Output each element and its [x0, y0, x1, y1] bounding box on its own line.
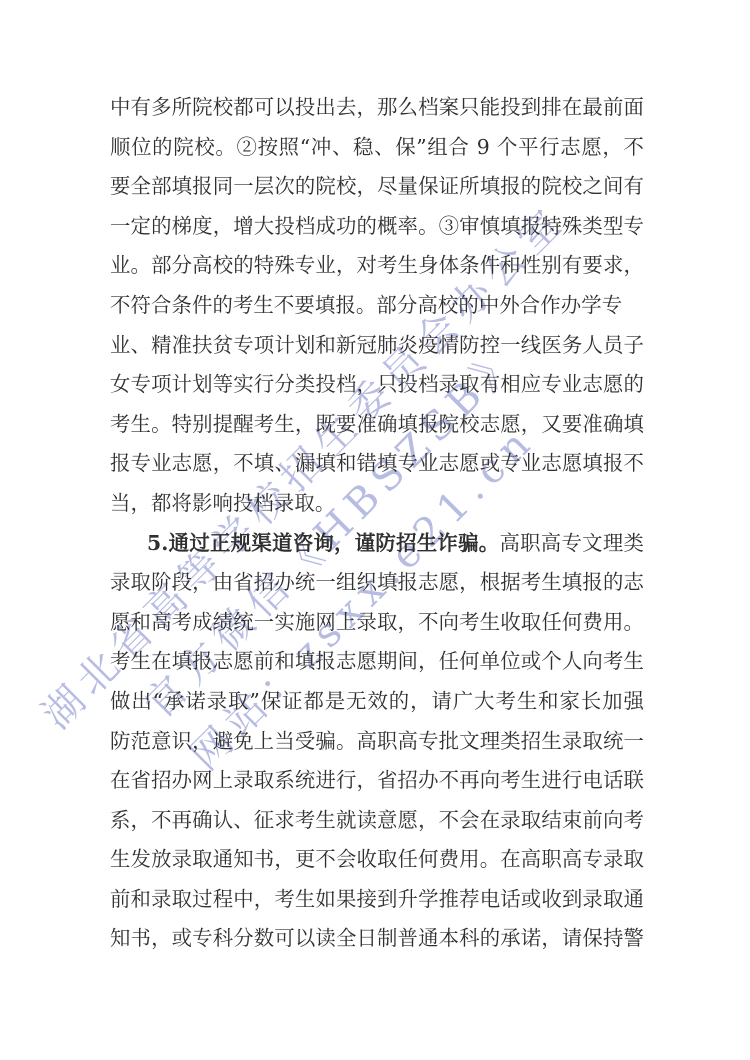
- item5-first-line-rest: 高职高专文理类: [499, 531, 644, 555]
- text-line: 做出“承诺录取”保证都是无效的，请广大考生和家长加强: [110, 682, 644, 722]
- text-line: 顺位的院校。②按照“冲、稳、保”组合 9 个平行志愿，不: [110, 128, 644, 168]
- text-line: 知书，或专科分数可以读全日制普通本科的承诺，请保持警: [110, 919, 644, 959]
- text-line: 录取阶段，由省招办统一组织填报志愿，根据考生填报的志: [110, 563, 644, 603]
- text-line: 考生在填报志愿前和填报志愿期间，任何单位或个人向考生: [110, 642, 644, 682]
- text-line: 要全部填报同一层次的院校，尽量保证所填报的院校之间有: [110, 167, 644, 207]
- text-line: 业、精准扶贫专项计划和新冠肺炎疫情防控一线医务人员子: [110, 326, 644, 366]
- text-line: 防范意识，避免上当受骗。高职高专批文理类招生录取统一: [110, 722, 644, 762]
- text-line: 前和录取过程中，考生如果接到升学推荐电话或收到录取通: [110, 880, 644, 920]
- text-line: 业。部分高校的特殊专业，对考生身体条件和性别有要求，: [110, 246, 644, 286]
- text-line: 不符合条件的考生不要填报。部分高校的中外合作办学专: [110, 286, 644, 326]
- text-line: 当，都将影响投档录取。: [110, 484, 644, 524]
- text-line: 在省招办网上录取系统进行，省招办不再向考生进行电话联: [110, 761, 644, 801]
- text-line: 报专业志愿，不填、漏填和错填专业志愿或专业志愿填报不: [110, 444, 644, 484]
- text-line: 系，不再确认、征求考生就读意愿，不会在录取结束前向考: [110, 801, 644, 841]
- document-body: 中有多所院校都可以投出去，那么档案只能投到排在最前面 顺位的院校。②按照“冲、稳…: [110, 88, 644, 959]
- text-line: 中有多所院校都可以投出去，那么档案只能投到排在最前面: [110, 88, 644, 128]
- item5-heading: 5.通过正规渠道咨询，谨防招生诈骗。: [147, 531, 499, 555]
- text-line-item5-start: 5.通过正规渠道咨询，谨防招生诈骗。高职高专文理类: [110, 524, 644, 564]
- text-line: 考生。特别提醒考生，既要准确填报院校志愿，又要准确填: [110, 405, 644, 445]
- text-line: 一定的梯度，增大投档成功的概率。③审慎填报特殊类型专: [110, 207, 644, 247]
- text-line: 生发放录取通知书，更不会收取任何费用。在高职高专录取: [110, 840, 644, 880]
- document-page: 湖北省高等学校招生委员会办公室 官方微信《HBSZSB》 网站：zsxx.e21…: [0, 0, 750, 1060]
- text-line: 女专项计划等实行分类投档，只投档录取有相应专业志愿的: [110, 365, 644, 405]
- text-line: 愿和高考成绩统一实施网上录取，不向考生收取任何费用。: [110, 603, 644, 643]
